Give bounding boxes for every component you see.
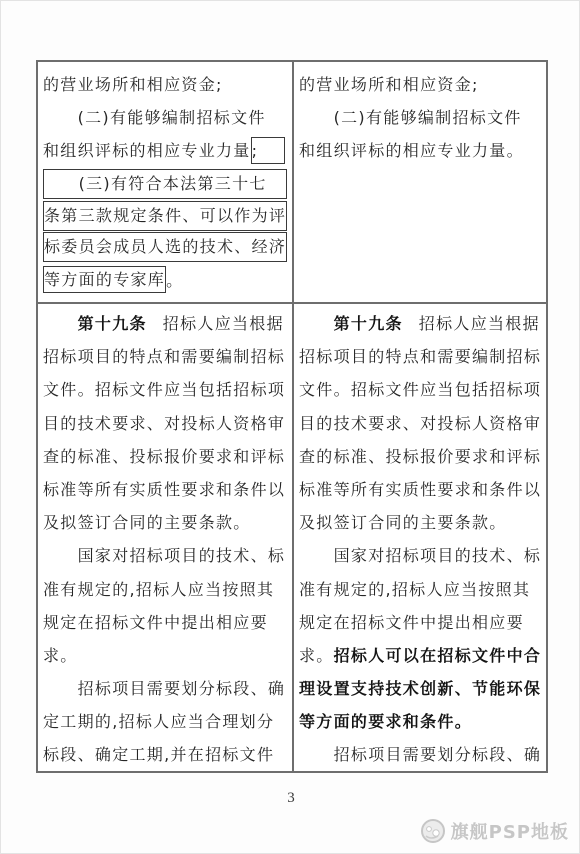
- text-line: 查的标准、投标报价要求和评标: [299, 440, 541, 473]
- text-line: (二)有能够编制招标文件: [299, 101, 541, 134]
- text-line: 文件。招标文件应当包括招标项: [43, 373, 287, 406]
- text-line: 的营业场所和相应资金;: [43, 68, 287, 101]
- watermark-text: 旗舰PSP地板: [451, 818, 569, 844]
- text-line: 标委员会成员人选的技术、经济: [43, 232, 287, 262]
- text-line: 查的标准、投标报价要求和评标: [43, 440, 287, 473]
- text-line: 和组织评标的相应专业力量。: [299, 134, 541, 167]
- text-line: 和组织评标的相应专业力量;: [43, 134, 287, 167]
- text-line: 规定在招标文件中提出相应要: [43, 606, 287, 639]
- left-column: 的营业场所和相应资金;(二)有能够编制招标文件和组织评标的相应专业力量;(三)有…: [38, 62, 292, 771]
- text-line: 第十九条招标人应当根据: [43, 307, 287, 340]
- text-line: 及拟签订合同的主要条款。: [299, 506, 541, 539]
- text-line: 国家对招标项目的技术、标: [299, 539, 541, 572]
- text-line: 求。招标人可以在招标文件中合: [299, 639, 541, 672]
- right-column-top-cell: 的营业场所和相应资金;(二)有能够编制招标文件和组织评标的相应专业力量。: [294, 62, 546, 304]
- text-line: 标段、确定工期,并在招标文件: [43, 738, 287, 771]
- text-line: 及拟签订合同的主要条款。: [43, 506, 287, 539]
- text-line: 理设置支持技术创新、节能环保: [299, 672, 541, 705]
- page-number: 3: [1, 790, 580, 807]
- text-line: 规定在招标文件中提出相应要: [299, 606, 541, 639]
- text-line: 文件。招标文件应当包括招标项: [299, 373, 541, 406]
- text-line: 目的技术要求、对投标人资格审: [43, 407, 287, 440]
- text-line: 等方面的专家库。: [43, 264, 287, 297]
- text-line: 标准等所有实质性要求和条件以: [43, 473, 287, 506]
- watermark-logo-icon: [420, 818, 446, 844]
- text-line: 招标项目需要划分标段、确: [299, 738, 541, 771]
- text-line: 招标项目需要划分标段、确: [43, 672, 287, 705]
- text-line: 国家对招标项目的技术、标: [43, 539, 287, 572]
- document-page: 的营业场所和相应资金;(二)有能够编制招标文件和组织评标的相应专业力量;(三)有…: [0, 0, 580, 854]
- watermark: 旗舰PSP地板: [420, 818, 569, 844]
- text-line: 定工期的,招标人应当合理划分: [43, 705, 287, 738]
- text-line: (二)有能够编制招标文件: [43, 101, 287, 134]
- text-line: 准有规定的,招标人应当按照其: [43, 573, 287, 606]
- text-line: 标准等所有实质性要求和条件以: [299, 473, 541, 506]
- right-column: 的营业场所和相应资金;(二)有能够编制招标文件和组织评标的相应专业力量。 第十九…: [292, 62, 546, 771]
- left-column-article19-cell: 第十九条招标人应当根据招标项目的特点和需要编制招标文件。招标文件应当包括招标项目…: [38, 304, 292, 771]
- text-line: 目的技术要求、对投标人资格审: [299, 407, 541, 440]
- right-column-article19-cell: 第十九条招标人应当根据招标项目的特点和需要编制招标文件。招标文件应当包括招标项目…: [294, 304, 546, 771]
- left-column-top-cell: 的营业场所和相应资金;(二)有能够编制招标文件和组织评标的相应专业力量;(三)有…: [38, 62, 292, 304]
- text-line: 等方面的要求和条件。: [299, 705, 541, 738]
- text-line: 条第三款规定条件、可以作为评: [43, 201, 287, 231]
- text-line: 的营业场所和相应资金;: [299, 68, 541, 101]
- text-line: 求。: [43, 639, 287, 672]
- text-line: 第十九条招标人应当根据: [299, 307, 541, 340]
- text-line: 招标项目的特点和需要编制招标: [299, 340, 541, 373]
- text-line: (三)有符合本法第三十七: [43, 169, 287, 199]
- text-line: 准有规定的,招标人应当按照其: [299, 573, 541, 606]
- comparison-table: 的营业场所和相应资金;(二)有能够编制招标文件和组织评标的相应专业力量;(三)有…: [36, 60, 548, 773]
- text-line: 招标项目的特点和需要编制招标: [43, 340, 287, 373]
